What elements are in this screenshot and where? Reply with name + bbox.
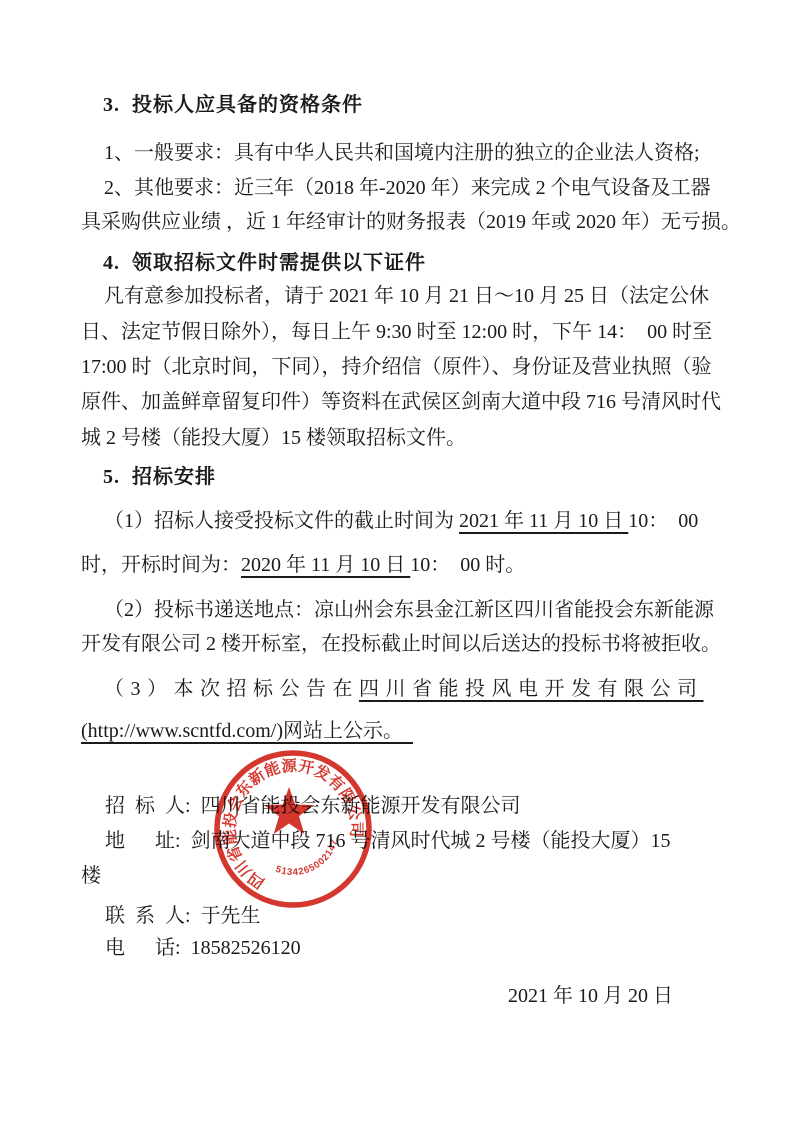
text-run: 招 标 人: bbox=[105, 795, 201, 817]
address-row: 地 址: 剑南大道中段 716 号清风时代城 2 号楼（能投大厦）15 bbox=[105, 829, 671, 853]
text-run: （2）投标书递送地点：凉山州会东县金江新区四川省能投会东新能源 bbox=[104, 599, 714, 621]
text-run: 地 址: bbox=[105, 830, 191, 852]
para-line: 城 2 号楼（能投大厦）15 楼领取招标文件。 bbox=[81, 426, 466, 450]
text-run: 17:00 时（北京时间，下同），持介绍信（原件）、身份证及营业执照（验 bbox=[81, 356, 712, 378]
text-run: 城 2 号楼（能投大厦）15 楼领取招标文件。 bbox=[81, 427, 466, 449]
para-line: 2、其他要求：近三年（2018 年-2020 年）来完成 2 个电气设备及工器 bbox=[104, 176, 711, 200]
para-line: 原件、加盖鲜章留复印件）等资料在武侯区剑南大道中段 716 号清风时代 bbox=[81, 390, 721, 414]
text-run: 于先生 bbox=[201, 905, 261, 927]
para-line: 17:00 时（北京时间，下同），持介绍信（原件）、身份证及营业执照（验 bbox=[81, 355, 712, 379]
text-run: 凡有意参加投标者，请于 2021 年 10 月 21 日～10 月 25 日（法… bbox=[104, 285, 709, 307]
bidder-row: 招 标 人: 四川省能投会东新能源开发有限公司 bbox=[105, 794, 521, 818]
heading-5: 5. 招标安排 bbox=[103, 465, 216, 489]
text-run: 2021 年 10 月 20 日 bbox=[508, 985, 673, 1007]
para-line: 时，开标时间为：2020 年 11 月 10 日 10： 00 时。 bbox=[81, 553, 525, 577]
heading-3: 3. 投标人应具备的资格条件 bbox=[103, 93, 363, 117]
text-run: （3）本次招标公告在 bbox=[104, 678, 359, 700]
text-run: 2、其他要求：近三年（2018 年-2020 年）来完成 2 个电气设备及工器 bbox=[104, 177, 711, 199]
para-line: 具采购供应业绩 ，近 1 年经审计的财务报表（2019 年或 2020 年）无亏… bbox=[81, 210, 741, 234]
text-run: 3. 投标人应具备的资格条件 bbox=[103, 94, 363, 116]
text-run: （1）招标人接受投标文件的截止时间为 bbox=[104, 510, 459, 532]
text-run: 日、法定节假日除外），每日上午 9:30 时至 12:00 时，下午 14： 0… bbox=[81, 321, 712, 343]
para-line: 日、法定节假日除外），每日上午 9:30 时至 12:00 时，下午 14： 0… bbox=[81, 320, 712, 344]
text-run: 剑南大道中段 716 号清风时代城 2 号楼（能投大厦）15 bbox=[191, 830, 671, 852]
text-run: 5. 招标安排 bbox=[103, 466, 216, 488]
text-run: 18582526120 bbox=[191, 937, 301, 959]
seal-company-name: 四川省能投会东新能源开发有限公司 bbox=[208, 747, 377, 898]
para-line: (http://www.scntfd.com/)网站上公示。 bbox=[81, 719, 413, 743]
heading-4: 4. 领取招标文件时需提供以下证件 bbox=[103, 251, 426, 275]
text-run: 10： 00 bbox=[628, 510, 698, 532]
text-run: 具采购供应业绩 ，近 1 年经审计的财务报表（2019 年或 2020 年）无亏… bbox=[81, 211, 741, 233]
address-row-wrap: 楼 bbox=[81, 864, 101, 888]
text-run: 时，开标时间为： bbox=[81, 554, 241, 576]
para-line: 开发有限公司 2 楼开标室，在投标截止时间以后送达的投标书将被拒收。 bbox=[81, 632, 721, 656]
text-run: 10： 00 时。 bbox=[410, 554, 525, 576]
text-run: 4. 领取招标文件时需提供以下证件 bbox=[103, 252, 426, 274]
document-page: 3. 投标人应具备的资格条件1、一般要求：具有中华人民共和国境内注册的独立的企业… bbox=[0, 0, 794, 1123]
seal-text-group: 四川省能投会东新能源开发有限公司 5134265002147 bbox=[208, 747, 378, 906]
underlined-text: 四川省能投风电开发有限公司 bbox=[359, 678, 704, 700]
text-run: 楼 bbox=[81, 865, 101, 887]
para-line: （3）本次招标公告在四川省能投风电开发有限公司 bbox=[104, 677, 704, 701]
text-run: 联 系 人: bbox=[105, 905, 201, 927]
underlined-text: 2021 年 11 月 10 日 bbox=[459, 510, 628, 532]
text-run: 电 话: bbox=[105, 937, 191, 959]
underlined-text: 2020 年 11 月 10 日 bbox=[241, 554, 410, 576]
para-line: 1、一般要求：具有中华人民共和国境内注册的独立的企业法人资格; bbox=[104, 141, 700, 165]
text-run: 1、一般要求：具有中华人民共和国境内注册的独立的企业法人资格; bbox=[104, 142, 700, 164]
date-line: 2021 年 10 月 20 日 bbox=[508, 984, 673, 1008]
text-run: 四川省能投会东新能源开发有限公司 bbox=[201, 795, 521, 817]
para-line: （1）招标人接受投标文件的截止时间为 2021 年 11 月 10 日 10： … bbox=[104, 509, 698, 533]
para-line: （2）投标书递送地点：凉山州会东县金江新区四川省能投会东新能源 bbox=[104, 598, 714, 622]
text-run: 开发有限公司 2 楼开标室，在投标截止时间以后送达的投标书将被拒收。 bbox=[81, 633, 721, 655]
underlined-text: (http://www.scntfd.com/)网站上公示。 bbox=[81, 720, 413, 742]
contact-row: 联 系 人: 于先生 bbox=[105, 904, 261, 928]
para-line: 凡有意参加投标者，请于 2021 年 10 月 21 日～10 月 25 日（法… bbox=[104, 284, 709, 308]
text-run: 原件、加盖鲜章留复印件）等资料在武侯区剑南大道中段 716 号清风时代 bbox=[81, 391, 721, 413]
phone-row: 电 话: 18582526120 bbox=[105, 936, 301, 960]
